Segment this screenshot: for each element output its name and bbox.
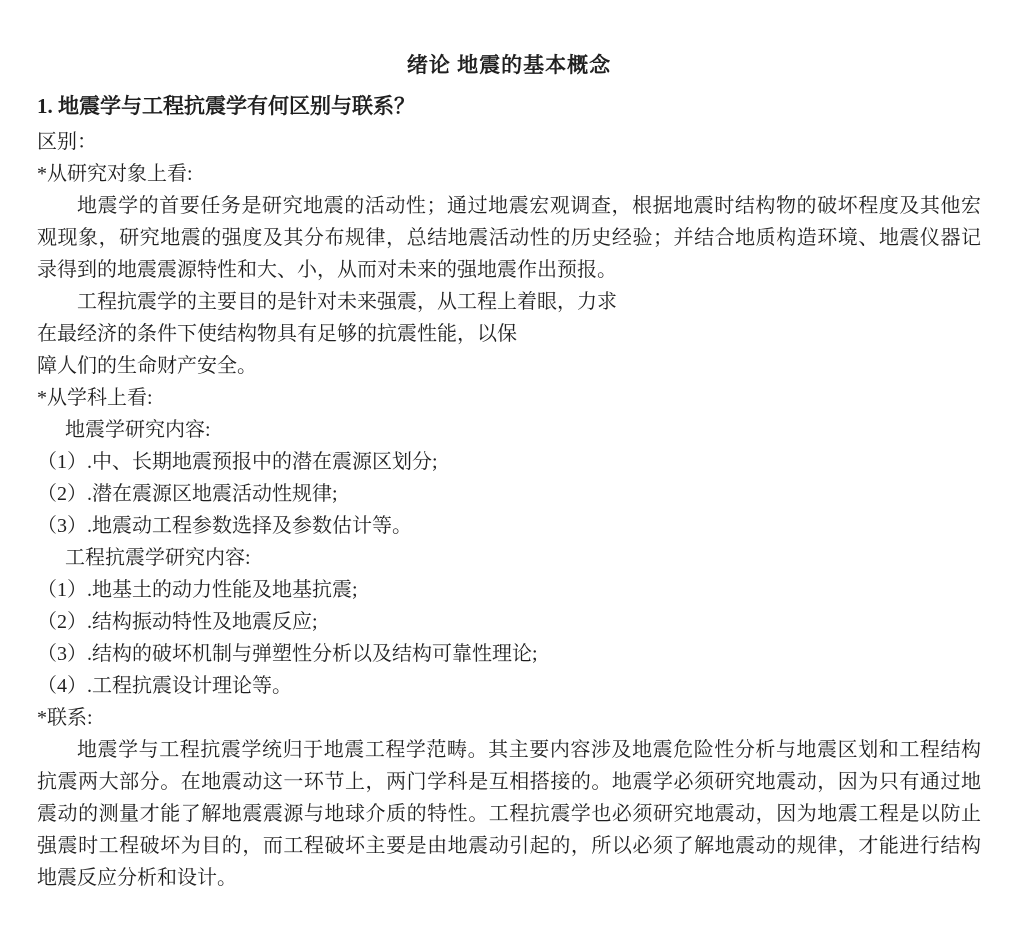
paragraph-line: 地震学的首要任务是研究地震的活动性；通过地震宏观调查，根据地震时结构物的破坏程度… [37,190,981,222]
list-item: （3）.地震动工程参数选择及参数估计等。 [37,510,981,542]
paragraph-line: 工程抗震学的主要目的是针对未来强震，从工程上着眼，力求 [37,286,981,318]
paragraph-line: 障人们的生命财产安全。 [37,350,981,382]
question-heading: 1. 地震学与工程抗震学有何区别与联系？ [37,88,981,124]
paragraph-line: 地震学与工程抗震学统归于地震工程学范畴。其主要内容涉及地震危险性分析与地震区划和… [37,734,981,766]
document-title: 绪论 地震的基本概念 [37,50,981,80]
label-research-object: *从研究对象上看: [37,158,981,190]
paragraph-line: 强震时工程破坏为目的，而工程破坏主要是由地震动引起的，所以必须了解地震动的规律，… [37,830,981,862]
list-item: （2）.潜在震源区地震活动性规律; [37,478,981,510]
list-item: （1）.中、长期地震预报中的潜在震源区划分; [37,446,981,478]
list-item: （1）.地基土的动力性能及地基抗震; [37,574,981,606]
label-connection: *联系: [37,702,981,734]
list-item: （2）.结构振动特性及地震反应; [37,606,981,638]
paragraph-line: 录得到的地震震源特性和大、小，从而对未来的强地震作出预报。 [37,254,981,286]
document-page: 绪论 地震的基本概念 1. 地震学与工程抗震学有何区别与联系？ 区别： *从研究… [0,0,1018,926]
list-item: （4）.工程抗震设计理论等。 [37,670,981,702]
label-discipline: *从学科上看: [37,382,981,414]
list-item: （3）.结构的破坏机制与弹塑性分析以及结构可靠性理论; [37,638,981,670]
paragraph-line: 观现象，研究地震的强度及其分布规律，总结地震活动性的历史经验；并结合地质构造环境… [37,222,981,254]
paragraph-line: 抗震两大部分。在地震动这一环节上，两门学科是互相搭接的。地震学必须研究地震动，因… [37,766,981,798]
paragraph-line: 震动的测量才能了解地震震源与地球介质的特性。工程抗震学也必须研究地震动，因为地震… [37,798,981,830]
label-seismology-content: 地震学研究内容: [37,414,981,446]
paragraph-line: 地震反应分析和设计。 [37,862,981,894]
label-engineering-content: 工程抗震学研究内容: [37,542,981,574]
paragraph-line: 在最经济的条件下使结构物具有足够的抗震性能，以保 [37,318,981,350]
label-difference: 区别： [37,126,981,158]
